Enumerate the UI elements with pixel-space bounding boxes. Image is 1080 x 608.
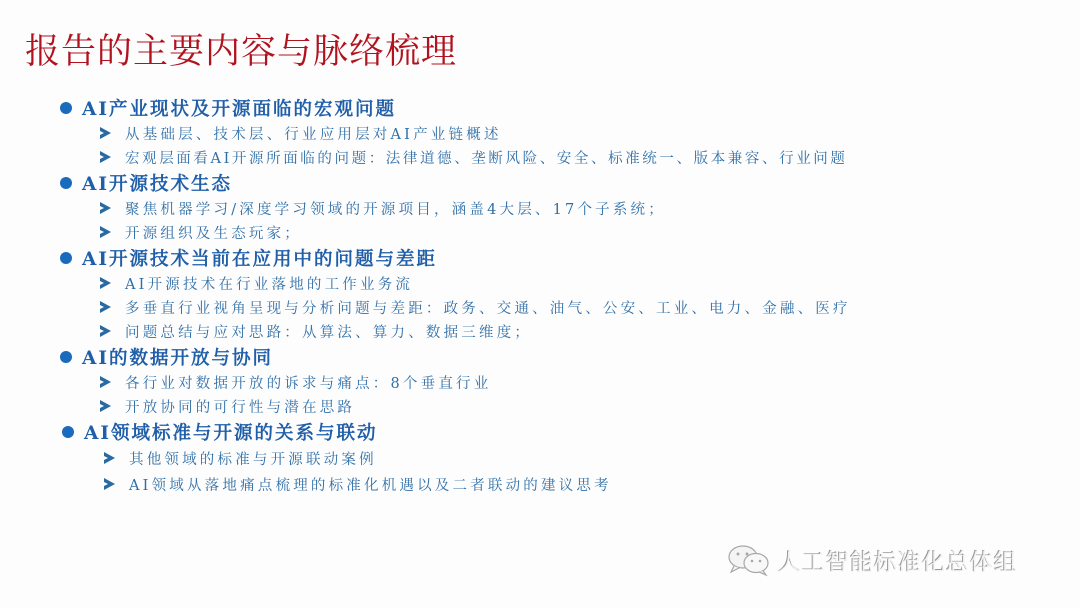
section-2: AI开源技术生态 聚焦机器学习/深度学习领域的开源项目，涵盖4大层、17个子系统… [60, 169, 1060, 244]
sub-item-text: 开放协同的可行性与潜在思路 [125, 396, 355, 417]
arrow-bullet-icon [100, 151, 111, 163]
bullet-dot-icon [60, 102, 72, 114]
bullet-dot-icon [60, 351, 72, 363]
watermark-text: 人工智能标准化总体组 [778, 544, 1018, 577]
arrow-bullet-icon [100, 202, 111, 214]
section-heading-text: AI领域标准与开源的关系与联动 [84, 419, 378, 445]
section-heading-text: AI的数据开放与协同 [82, 344, 273, 370]
arrow-bullet-icon [100, 325, 111, 337]
section-heading: AI开源技术当前在应用中的问题与差距 [60, 244, 1060, 271]
sub-item-text: 各行业对数据开放的诉求与痛点：8个垂直行业 [125, 372, 491, 393]
sub-item: 多垂直行业视角呈现与分析问题与差距：政务、交通、油气、公安、工业、电力、金融、医… [60, 295, 1060, 319]
sub-item-text: 聚焦机器学习/深度学习领域的开源项目，涵盖4大层、17个子系统； [125, 198, 666, 219]
bullet-dot-icon [60, 177, 72, 189]
sub-item-text: AI开源技术在行业落地的工作业务流 [125, 273, 413, 294]
arrow-bullet-icon [100, 226, 111, 238]
slide-title: 报告的主要内容与脉络梳理 [25, 30, 457, 74]
sub-item-text: 开源组织及生态玩家； [125, 222, 302, 243]
arrow-bullet-icon [104, 478, 115, 490]
wechat-watermark: 人工智能标准化总体组 [726, 543, 1018, 577]
sub-item-text: 宏观层面看AI开源所面临的问题：法律道德、垄断风险、安全、标准统一、版本兼容、行… [125, 147, 848, 168]
section-4: AI的数据开放与协同 各行业对数据开放的诉求与痛点：8个垂直行业 开放协同的可行… [60, 343, 1060, 418]
sub-item-text: 其他领域的标准与开源联动案例 [129, 448, 377, 469]
sub-item-text: 从基础层、技术层、行业应用层对AI产业链概述 [125, 123, 502, 144]
sub-item: 其他领域的标准与开源联动案例 [60, 445, 1060, 471]
outline-list: AI产业现状及开源面临的宏观问题 从基础层、技术层、行业应用层对AI产业链概述 … [60, 94, 1060, 497]
arrow-bullet-icon [100, 376, 111, 388]
arrow-bullet-icon [100, 400, 111, 412]
section-1: AI产业现状及开源面临的宏观问题 从基础层、技术层、行业应用层对AI产业链概述 … [60, 94, 1060, 169]
arrow-bullet-icon [100, 301, 111, 313]
arrow-bullet-icon [100, 127, 111, 139]
arrow-bullet-icon [104, 452, 115, 464]
section-heading-text: AI开源技术当前在应用中的问题与差距 [82, 245, 437, 271]
sub-item-text: AI领域从落地痛点梳理的标准化机遇以及二者联动的建议思考 [129, 474, 612, 495]
section-3: AI开源技术当前在应用中的问题与差距 AI开源技术在行业落地的工作业务流 多垂直… [60, 244, 1060, 343]
sub-item: 宏观层面看AI开源所面临的问题：法律道德、垄断风险、安全、标准统一、版本兼容、行… [60, 145, 1060, 169]
bullet-dot-icon [60, 252, 72, 264]
sub-item: 问题总结与应对思路：从算法、算力、数据三维度； [60, 319, 1060, 343]
section-5: AI领域标准与开源的关系与联动 其他领域的标准与开源联动案例 AI领域从落地痛点… [60, 418, 1060, 497]
section-heading-text: AI产业现状及开源面临的宏观问题 [82, 95, 396, 121]
sub-item: 开放协同的可行性与潜在思路 [60, 394, 1060, 418]
sub-item: AI领域从落地痛点梳理的标准化机遇以及二者联动的建议思考 [60, 471, 1060, 497]
wechat-icon [726, 543, 772, 577]
sub-item: 从基础层、技术层、行业应用层对AI产业链概述 [60, 121, 1060, 145]
sub-item: 聚焦机器学习/深度学习领域的开源项目，涵盖4大层、17个子系统； [60, 196, 1060, 220]
sub-item-text: 多垂直行业视角呈现与分析问题与差距：政务、交通、油气、公安、工业、电力、金融、医… [125, 297, 851, 318]
section-heading: AI领域标准与开源的关系与联动 [62, 418, 1060, 445]
bullet-dot-icon [62, 426, 74, 438]
sub-item-text: 问题总结与应对思路：从算法、算力、数据三维度； [125, 321, 532, 342]
sub-item: AI开源技术在行业落地的工作业务流 [60, 271, 1060, 295]
section-heading: AI的数据开放与协同 [60, 343, 1060, 370]
sub-item: 开源组织及生态玩家； [60, 220, 1060, 244]
sub-item: 各行业对数据开放的诉求与痛点：8个垂直行业 [60, 370, 1060, 394]
arrow-bullet-icon [100, 277, 111, 289]
section-heading: AI开源技术生态 [60, 169, 1060, 196]
section-heading-text: AI开源技术生态 [82, 170, 232, 196]
section-heading: AI产业现状及开源面临的宏观问题 [60, 94, 1060, 121]
